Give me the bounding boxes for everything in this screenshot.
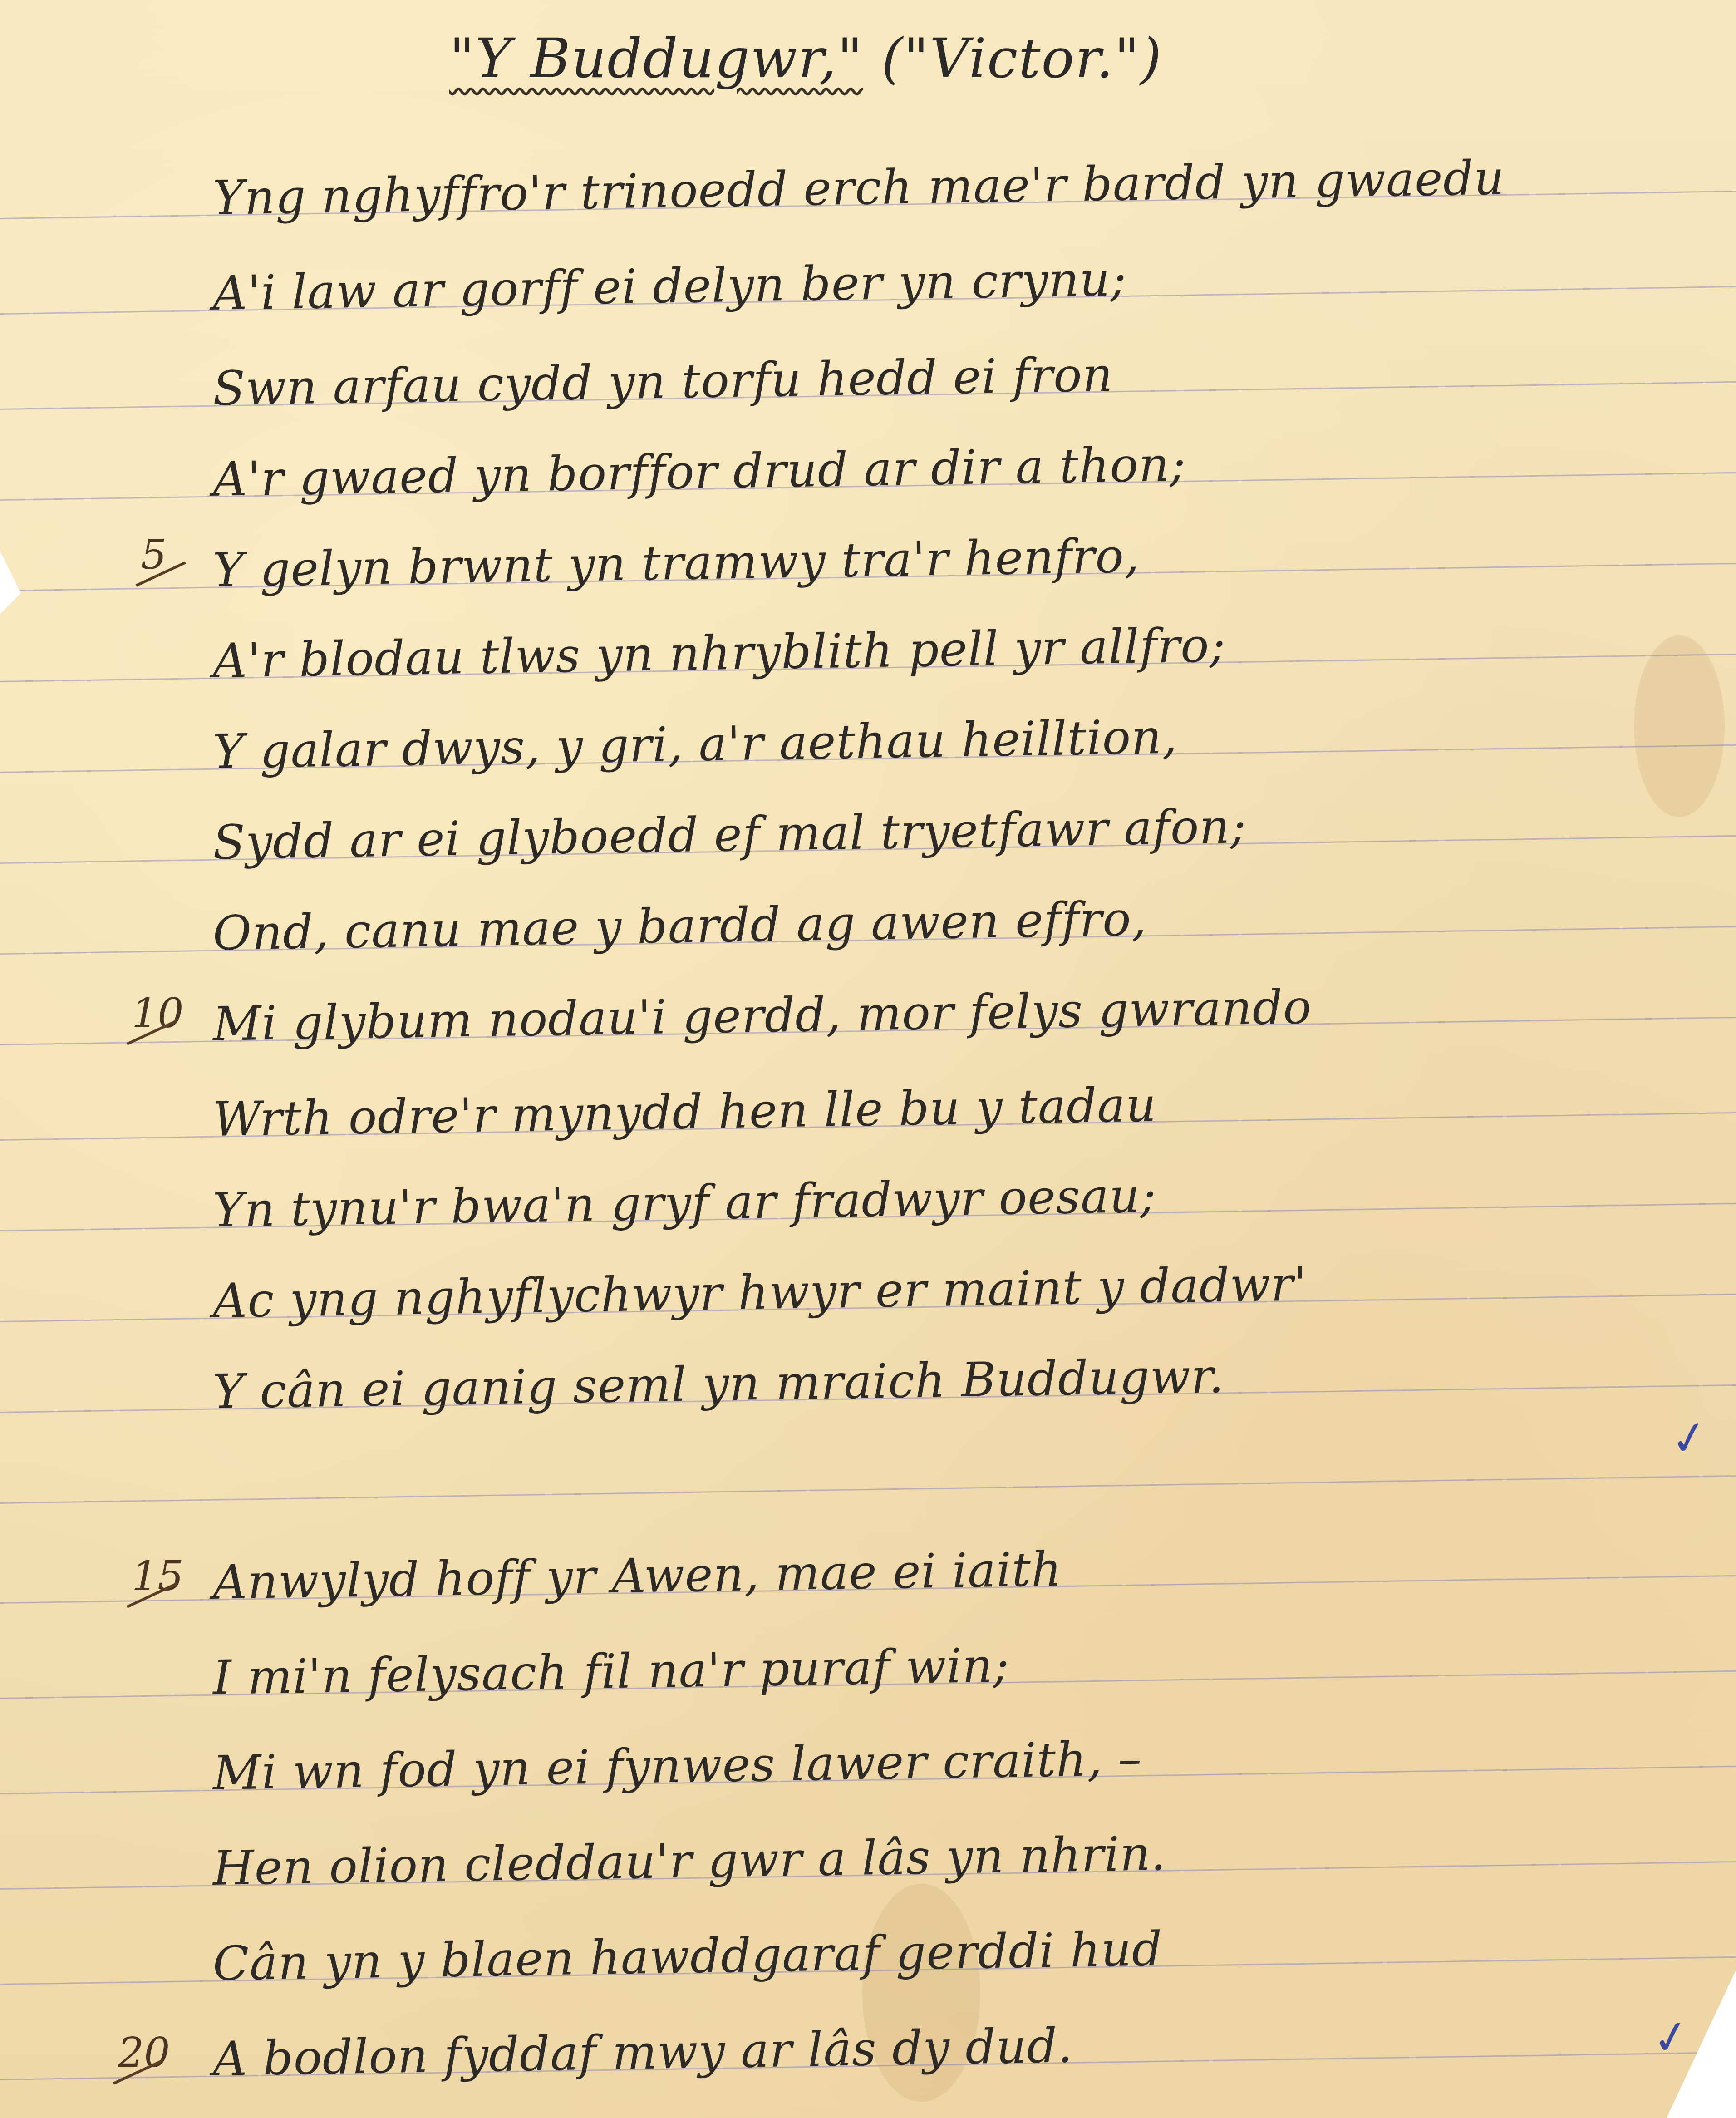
poem-line: A'r gwaed yn borffor drud ar dir a thon; <box>212 436 1186 507</box>
poem-line: Wrth odre'r mynydd hen lle bu y tadau <box>212 1077 1157 1147</box>
line-number-20: 20 <box>118 2029 170 2077</box>
check-mark-icon: ✓ <box>1647 2008 1694 2067</box>
title-main: "Y Buddugwr," <box>449 27 863 90</box>
poem-line: A'i law ar gorff ei delyn ber yn crynu; <box>212 251 1127 321</box>
poem-line: Hen olion cleddau'r gwr a lâs yn nhrin. <box>212 1826 1166 1896</box>
poem-line: I mi'n felysach fil na'r puraf win; <box>212 1637 1010 1705</box>
line-number-5: 5 <box>141 531 167 579</box>
poem-line: Y cân ei ganig seml yn mraich Buddugwr. <box>212 1348 1225 1419</box>
poem-line: Ac yng nghyflychwyr hwyr er maint y dadw… <box>212 1256 1308 1329</box>
poem-line: Swn arfau cydd yn torfu hedd ei fron <box>212 347 1113 416</box>
title-subtitle: ("Victor.") <box>881 27 1162 90</box>
poem-line: Yng nghyffro'r trinoedd erch mae'r bardd… <box>212 150 1505 226</box>
poem-line: Y gelyn brwnt yn tramwy tra'r henfro, <box>212 528 1140 598</box>
check-mark-icon: ✓ <box>1666 1409 1712 1468</box>
poem-line: Yn tynu'r bwa'n gryf ar fradwyr oesau; <box>212 1167 1157 1238</box>
poem-line: Sydd ar ei glyboedd ef mal tryetfawr afo… <box>212 798 1247 870</box>
poem-line: Ond, canu mae y bardd ag awen effro, <box>212 891 1147 961</box>
poem-line: Anwylyd hoff yr Awen, mae ei iaith <box>212 1542 1062 1610</box>
line-number-10: 10 <box>132 990 184 1037</box>
poem-line: Cân yn y blaen hawddgaraf gerddi hud <box>212 1921 1163 1991</box>
poem-line: Mi glybum nodau'i gerdd, mor felys gwran… <box>212 979 1312 1052</box>
poem-line: Mi wn fod yn ei fynwes lawer craith, – <box>212 1731 1142 1801</box>
paper-stain <box>1634 635 1725 817</box>
manuscript-page: "Y Buddugwr," ("Victor.") Yng nghyffro'r… <box>0 0 1736 2118</box>
poem-title: "Y Buddugwr," ("Victor.") <box>449 27 1162 90</box>
poem-line: A'r blodau tlws yn nhryblith pell yr all… <box>212 617 1226 689</box>
poem-line: Y galar dwys, y gri, a'r aethau heilltio… <box>212 709 1178 779</box>
ruled-line <box>0 1475 1736 1504</box>
line-number-15: 15 <box>132 1552 184 1600</box>
